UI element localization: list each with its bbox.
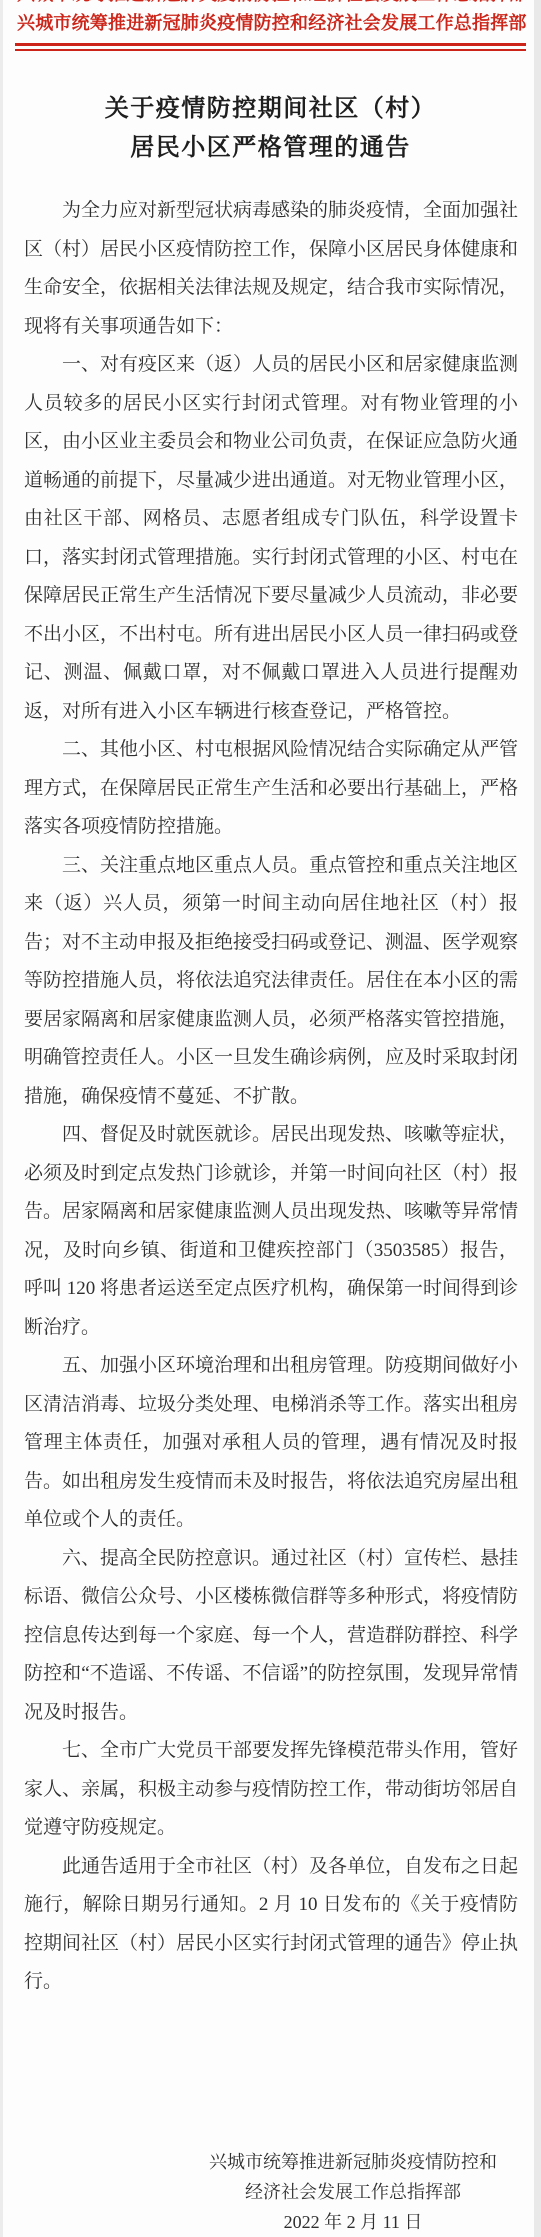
- notice-title-line2: 居民小区严格管理的通告: [20, 128, 521, 167]
- paragraph-item-2: 二、其他小区、村屯根据风险情况结合实际确定从严管理方式，在保障居民正常生产生活和…: [24, 731, 518, 847]
- paragraph-closing: 此通告适用于全市社区（村）及各单位，自发布之日起施行，解除日期另行通知。2 月 …: [24, 1848, 518, 2002]
- signature-block: 兴城市统筹推进新冠肺炎疫情防控和 经济社会发展工作总指挥部 2022 年 2 月…: [209, 2147, 497, 2237]
- right-edge-shading: [534, 0, 541, 2237]
- signature-org-line1: 兴城市统筹推进新冠肺炎疫情防控和: [209, 2147, 497, 2177]
- paragraph-item-5: 五、加强小区环境治理和出租房管理。防疫期间做好小区清洁消毒、垃圾分类处理、电梯消…: [24, 1347, 518, 1540]
- paragraph-item-7: 七、全市广大党员干部要发挥先锋模范带头作用，管好家人、亲属，积极主动参与疫情防控…: [24, 1732, 518, 1848]
- paragraph-item-4: 四、督促及时就医就诊。居民出现发热、咳嗽等症状，必须及时到定点发热门诊就诊，并第…: [24, 1116, 518, 1347]
- notice-body: 为全力应对新型冠状病毒感染的肺炎疫情，全面加强社区（村）居民小区疫情防控工作，保…: [24, 192, 518, 2002]
- paragraph-intro: 为全力应对新型冠状病毒感染的肺炎疫情，全面加强社区（村）居民小区疫情防控工作，保…: [24, 192, 518, 346]
- signature-date: 2022 年 2 月 11 日: [209, 2207, 497, 2237]
- left-edge-shading: [0, 0, 3, 2237]
- paragraph-item-6: 六、提高全民防控意识。通过社区（村）宣传栏、悬挂标语、微信公众号、小区楼栋微信群…: [24, 1540, 518, 1733]
- cropped-banner-remnant-text: 兴城市统筹推进新冠肺炎疫情防控和经济社会发展工作总指挥部: [17, 0, 524, 4]
- double-red-rule: [15, 43, 526, 51]
- paragraph-item-3: 三、关注重点地区重点人员。重点管控和重点关注地区来（返）兴人员，须第一时间主动向…: [24, 847, 518, 1117]
- notice-title: 关于疫情防控期间社区（村） 居民小区严格管理的通告: [20, 89, 521, 167]
- issuer-banner: 兴城市统筹推进新冠肺炎疫情防控和经济社会发展工作总指挥部: [17, 10, 524, 36]
- cropped-banner-remnant: 兴城市统筹推进新冠肺炎疫情防控和经济社会发展工作总指挥部: [17, 0, 524, 4]
- notice-document: 兴城市统筹推进新冠肺炎疫情防控和经济社会发展工作总指挥部 兴城市统筹推进新冠肺炎…: [0, 0, 541, 2237]
- paragraph-item-1: 一、对有疫区来（返）人员的居民小区和居家健康监测人员较多的居民小区实行封闭式管理…: [24, 346, 518, 731]
- signature-org-line2: 经济社会发展工作总指挥部: [209, 2177, 497, 2207]
- notice-title-line1: 关于疫情防控期间社区（村）: [20, 89, 521, 128]
